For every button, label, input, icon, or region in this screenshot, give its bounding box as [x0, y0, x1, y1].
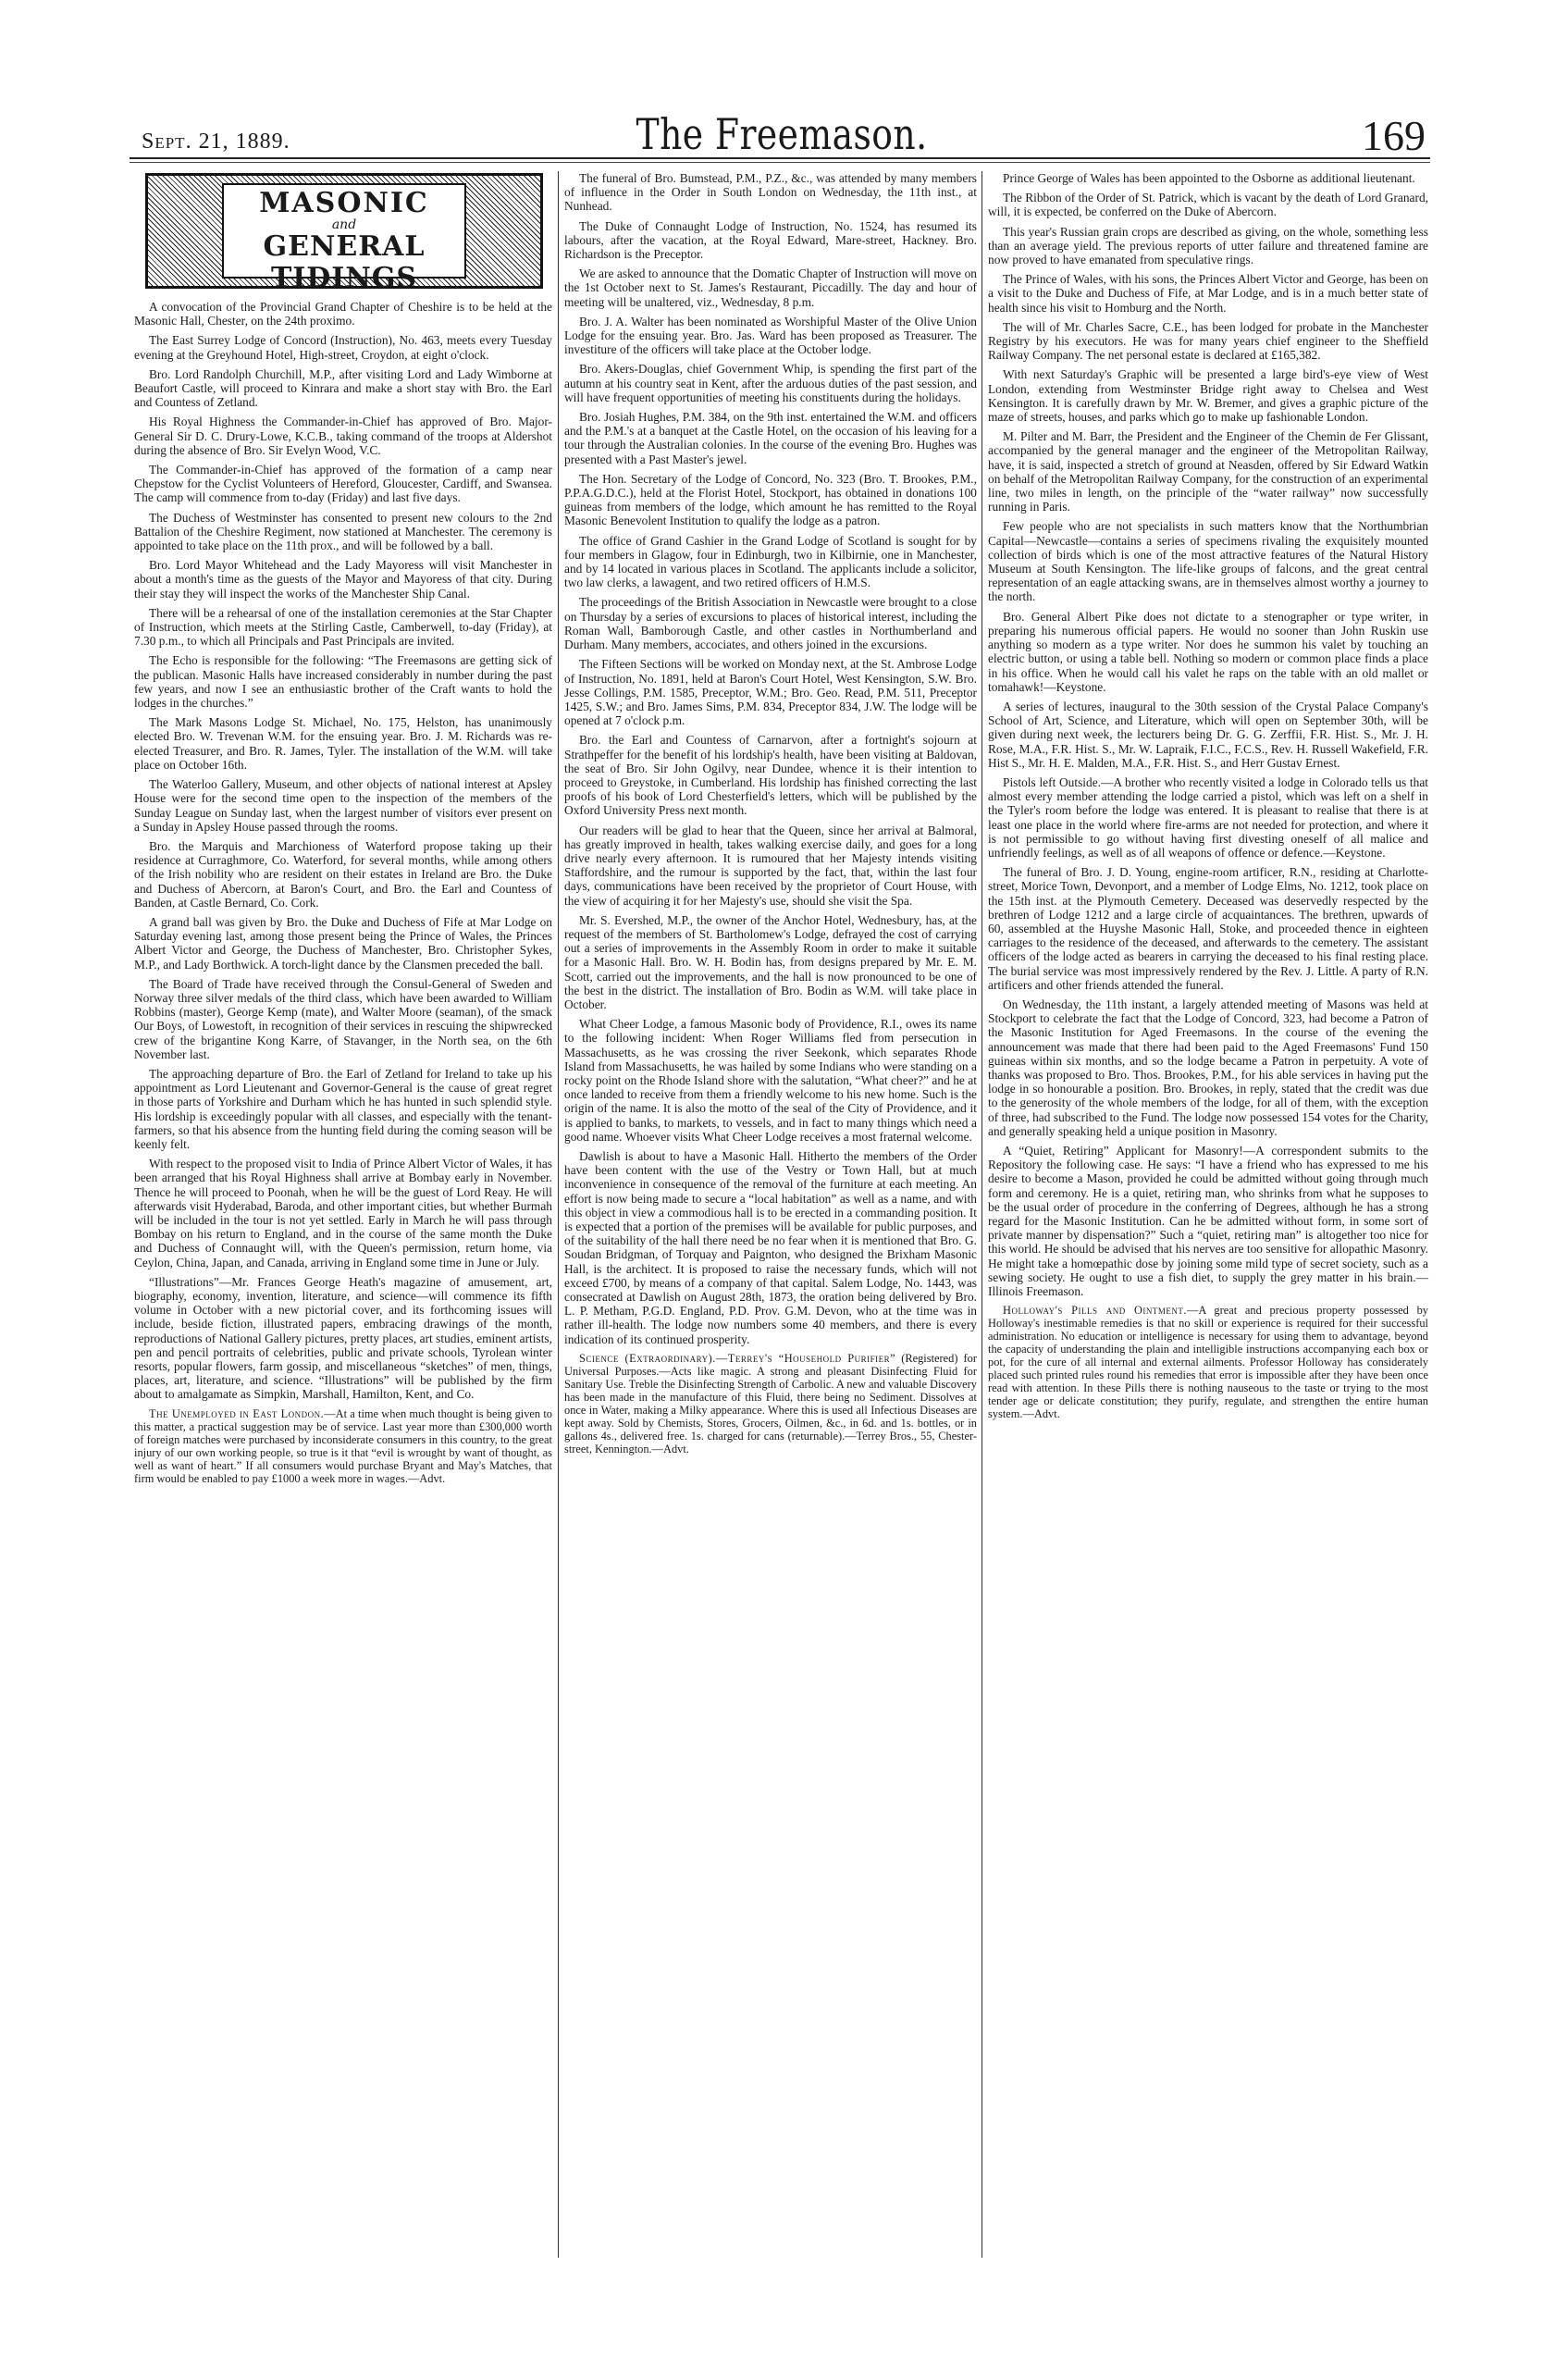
article-paragraph: A grand ball was given by Bro. the Duke …	[134, 915, 552, 972]
article-paragraph: The proceedings of the British Associati…	[564, 595, 977, 651]
article-paragraph: Few people who are not specialists in su…	[988, 519, 1428, 603]
column-middle-articles: The funeral of Bro. Bumstead, P.M., P.Z.…	[564, 171, 977, 1346]
advert-body: (Registered) for Universal Purposes.—Act…	[564, 1352, 977, 1455]
column-left: MASONIC and GENERAL TIDINGS A convocatio…	[134, 171, 552, 1491]
article-paragraph: What Cheer Lodge, a famous Masonic body …	[564, 1017, 977, 1144]
article-paragraph: The East Surrey Lodge of Concord (Instru…	[134, 333, 552, 361]
masthead-title: The Freemason.	[251, 109, 1313, 159]
article-paragraph: The approaching departure of Bro. the Ea…	[134, 1067, 552, 1151]
article-paragraph: The will of Mr. Charles Sacre, C.E., has…	[988, 320, 1428, 363]
article-paragraph: A series of lectures, inaugural to the 3…	[988, 700, 1428, 770]
advert-heading: Holloway's Pills and Ointment.	[1003, 1304, 1187, 1317]
article-paragraph: The Echo is responsible for the followin…	[134, 653, 552, 710]
article-paragraph: The Waterloo Gallery, Museum, and other …	[134, 777, 552, 834]
column-right-articles: Prince George of Wales has been appointe…	[988, 171, 1428, 1298]
header-rule-thin	[130, 162, 1430, 163]
article-paragraph: A “Quiet, Retiring” Applicant for Masonr…	[988, 1144, 1428, 1298]
article-paragraph: The Fifteen Sections will be worked on M…	[564, 657, 977, 727]
article-paragraph: On Wednesday, the 11th instant, a largel…	[988, 997, 1428, 1138]
article-paragraph: We are asked to announce that the Domati…	[564, 266, 977, 309]
article-paragraph: Bro. General Albert Pike does not dictat…	[988, 610, 1428, 694]
article-paragraph: The Board of Trade have received through…	[134, 977, 552, 1061]
article-paragraph: The Prince of Wales, with his sons, the …	[988, 272, 1428, 315]
article-paragraph: The Mark Masons Lodge St. Michael, No. 1…	[134, 715, 552, 772]
advert-heading: Science (Extraordinary).—Terrey's “House…	[579, 1352, 895, 1365]
article-paragraph: Bro. Lord Mayor Whitehead and the Lady M…	[134, 558, 552, 601]
article-paragraph: Bro. Akers-Douglas, chief Government Whi…	[564, 362, 977, 404]
column-divider	[558, 171, 559, 2258]
column-divider	[982, 171, 982, 2258]
masonic-tidings-banner: MASONIC and GENERAL TIDINGS	[145, 173, 543, 289]
article-paragraph: Dawlish is about to have a Masonic Hall.…	[564, 1149, 977, 1346]
article-paragraph: The funeral of Bro. Bumstead, P.M., P.Z.…	[564, 171, 977, 214]
article-paragraph: This year's Russian grain crops are desc…	[988, 225, 1428, 267]
article-paragraph: Pistols left Outside.—A brother who rece…	[988, 775, 1428, 860]
advert-body: —A great and precious property possessed…	[988, 1304, 1428, 1420]
header-rule	[130, 157, 1430, 159]
article-paragraph: Bro. Josiah Hughes, P.M. 384, on the 9th…	[564, 410, 977, 466]
article-paragraph: Bro. the Marquis and Marchioness of Wate…	[134, 839, 552, 910]
advert-heading: The Unemployed in East London.	[149, 1407, 324, 1420]
page-number: 169	[1362, 111, 1426, 160]
article-paragraph: Bro. Lord Randolph Churchill, M.P., afte…	[134, 367, 552, 410]
article-paragraph: “Illustrations”—Mr. Frances George Heath…	[134, 1275, 552, 1402]
article-paragraph: Prince George of Wales has been appointe…	[988, 171, 1428, 185]
article-paragraph: The Duke of Connaught Lodge of Instructi…	[564, 219, 977, 262]
article-paragraph: Bro. J. A. Walter has been nominated as …	[564, 315, 977, 357]
article-paragraph: The Hon. Secretary of the Lodge of Conco…	[564, 472, 977, 528]
article-paragraph: With next Saturday's Graphic will be pre…	[988, 367, 1428, 424]
column-middle: The funeral of Bro. Bumstead, P.M., P.Z.…	[564, 171, 977, 1461]
article-paragraph: A convocation of the Provincial Grand Ch…	[134, 300, 552, 328]
article-paragraph: M. Pilter and M. Barr, the President and…	[988, 429, 1428, 514]
advert-household-purifier: Science (Extraordinary).—Terrey's “House…	[564, 1352, 977, 1455]
article-paragraph: The office of Grand Cashier in the Grand…	[564, 534, 977, 590]
article-paragraph: The Ribbon of the Order of St. Patrick, …	[988, 191, 1428, 218]
article-paragraph: Bro. the Earl and Countess of Carnarvon,…	[564, 733, 977, 817]
article-paragraph: The Duchess of Westminster has consented…	[134, 511, 552, 553]
article-paragraph: Our readers will be glad to hear that th…	[564, 824, 977, 908]
column-right: Prince George of Wales has been appointe…	[988, 171, 1428, 1426]
article-paragraph: With respect to the proposed visit to In…	[134, 1157, 552, 1270]
advert-holloways-pills: Holloway's Pills and Ointment.—A great a…	[988, 1304, 1428, 1420]
advert-matches: The Unemployed in East London.—At a time…	[134, 1407, 552, 1485]
article-paragraph: His Royal Highness the Commander-in-Chie…	[134, 415, 552, 457]
article-paragraph: The funeral of Bro. J. D. Young, engine-…	[988, 865, 1428, 992]
column-left-articles: A convocation of the Provincial Grand Ch…	[134, 300, 552, 1402]
page-header: Sept. 21, 1889. The Freemason. 169	[134, 109, 1429, 155]
banner-line-general-tidings: GENERAL TIDINGS	[224, 231, 464, 294]
banner-line-and: and	[224, 218, 464, 231]
banner-line-masonic: MASONIC	[224, 189, 464, 218]
article-paragraph: Mr. S. Evershed, M.P., the owner of the …	[564, 913, 977, 1011]
article-paragraph: The Commander-in-Chief has approved of t…	[134, 463, 552, 505]
article-paragraph: There will be a rehearsal of one of the …	[134, 606, 552, 649]
